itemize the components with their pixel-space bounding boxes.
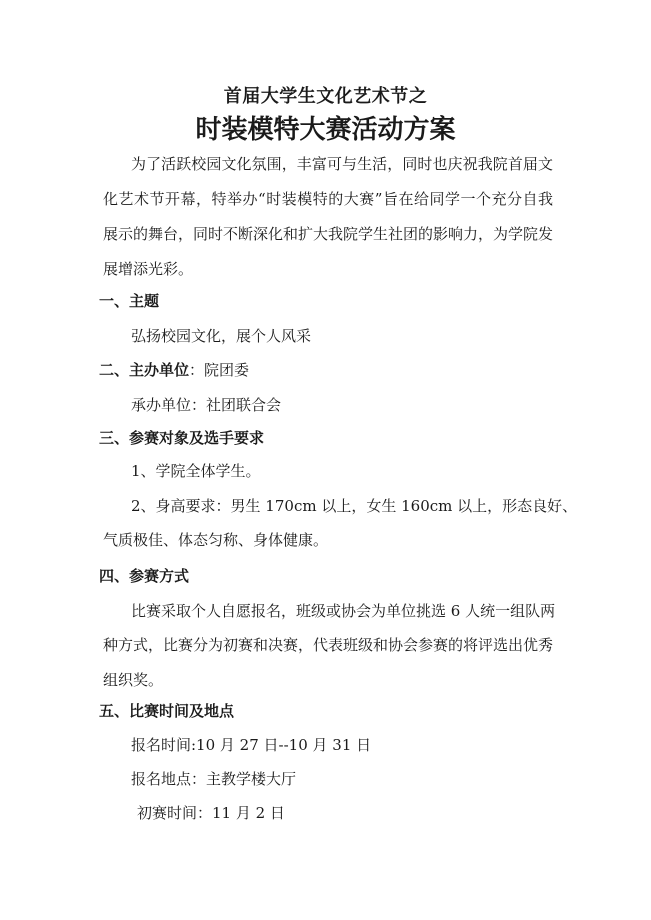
intro-line-1: 为了活跃校园文化氛围，丰富可与生活，同时也庆祝我院首届文 [131, 154, 553, 174]
intro-line-3: 展示的舞台，同时不断深化和扩大我院学生社团的影响力，为学院发 [103, 224, 553, 244]
section-schedule-line-3: 初赛时间：11 月 2 日 [137, 803, 285, 823]
section-schedule-line-1: 报名时间:10 月 27 日--10 月 31 日 [131, 735, 371, 755]
section-organizer-line-1: 承办单位：社团联合会 [131, 395, 281, 415]
section-heading-format: 四、参赛方式 [99, 566, 189, 586]
document-subtitle: 首届大学生文化艺术节之 [0, 86, 651, 108]
section-format-line-1: 比赛采取个人自愿报名，班级或协会为单位挑选 6 人统一组队两 [131, 601, 553, 621]
section-format-line-2: 种方式，比赛分为初赛和决赛，代表班级和协会参赛的将评选出优秀 [103, 635, 553, 655]
document-page: 首届大学生文化艺术节之 时装模特大赛活动方案 为了活跃校园文化氛围，丰富可与生活… [0, 0, 651, 920]
section-heading-theme: 一、主题 [99, 291, 159, 311]
intro-line-4: 展增添光彩。 [103, 259, 193, 279]
organizer-value: ：院团委 [189, 361, 249, 379]
section-heading-organizer: 二、主办单位：院团委 [99, 360, 249, 380]
section-heading-participants: 三、参赛对象及选手要求 [99, 428, 264, 448]
section-participants-line-2: 2、身高要求：男生 170cm 以上，女生 160cm 以上，形态良好、 [131, 496, 553, 516]
section-theme-line-1: 弘扬校园文化，展个人风采 [131, 326, 311, 346]
organizer-heading-label: 二、主办单位 [99, 361, 189, 379]
document-title: 时装模特大赛活动方案 [0, 113, 651, 147]
section-schedule-line-2: 报名地点：主教学楼大厅 [131, 769, 296, 789]
section-participants-line-1: 1、学院全体学生。 [131, 461, 261, 481]
section-format-line-3: 组织奖。 [103, 670, 163, 690]
section-participants-line-3: 气质极佳、体态匀称、身体健康。 [103, 530, 328, 550]
intro-line-2: 化艺术节开幕，特举办“时装模特的大赛”旨在给同学一个充分自我 [103, 189, 553, 209]
section-heading-schedule: 五、比赛时间及地点 [99, 701, 234, 721]
